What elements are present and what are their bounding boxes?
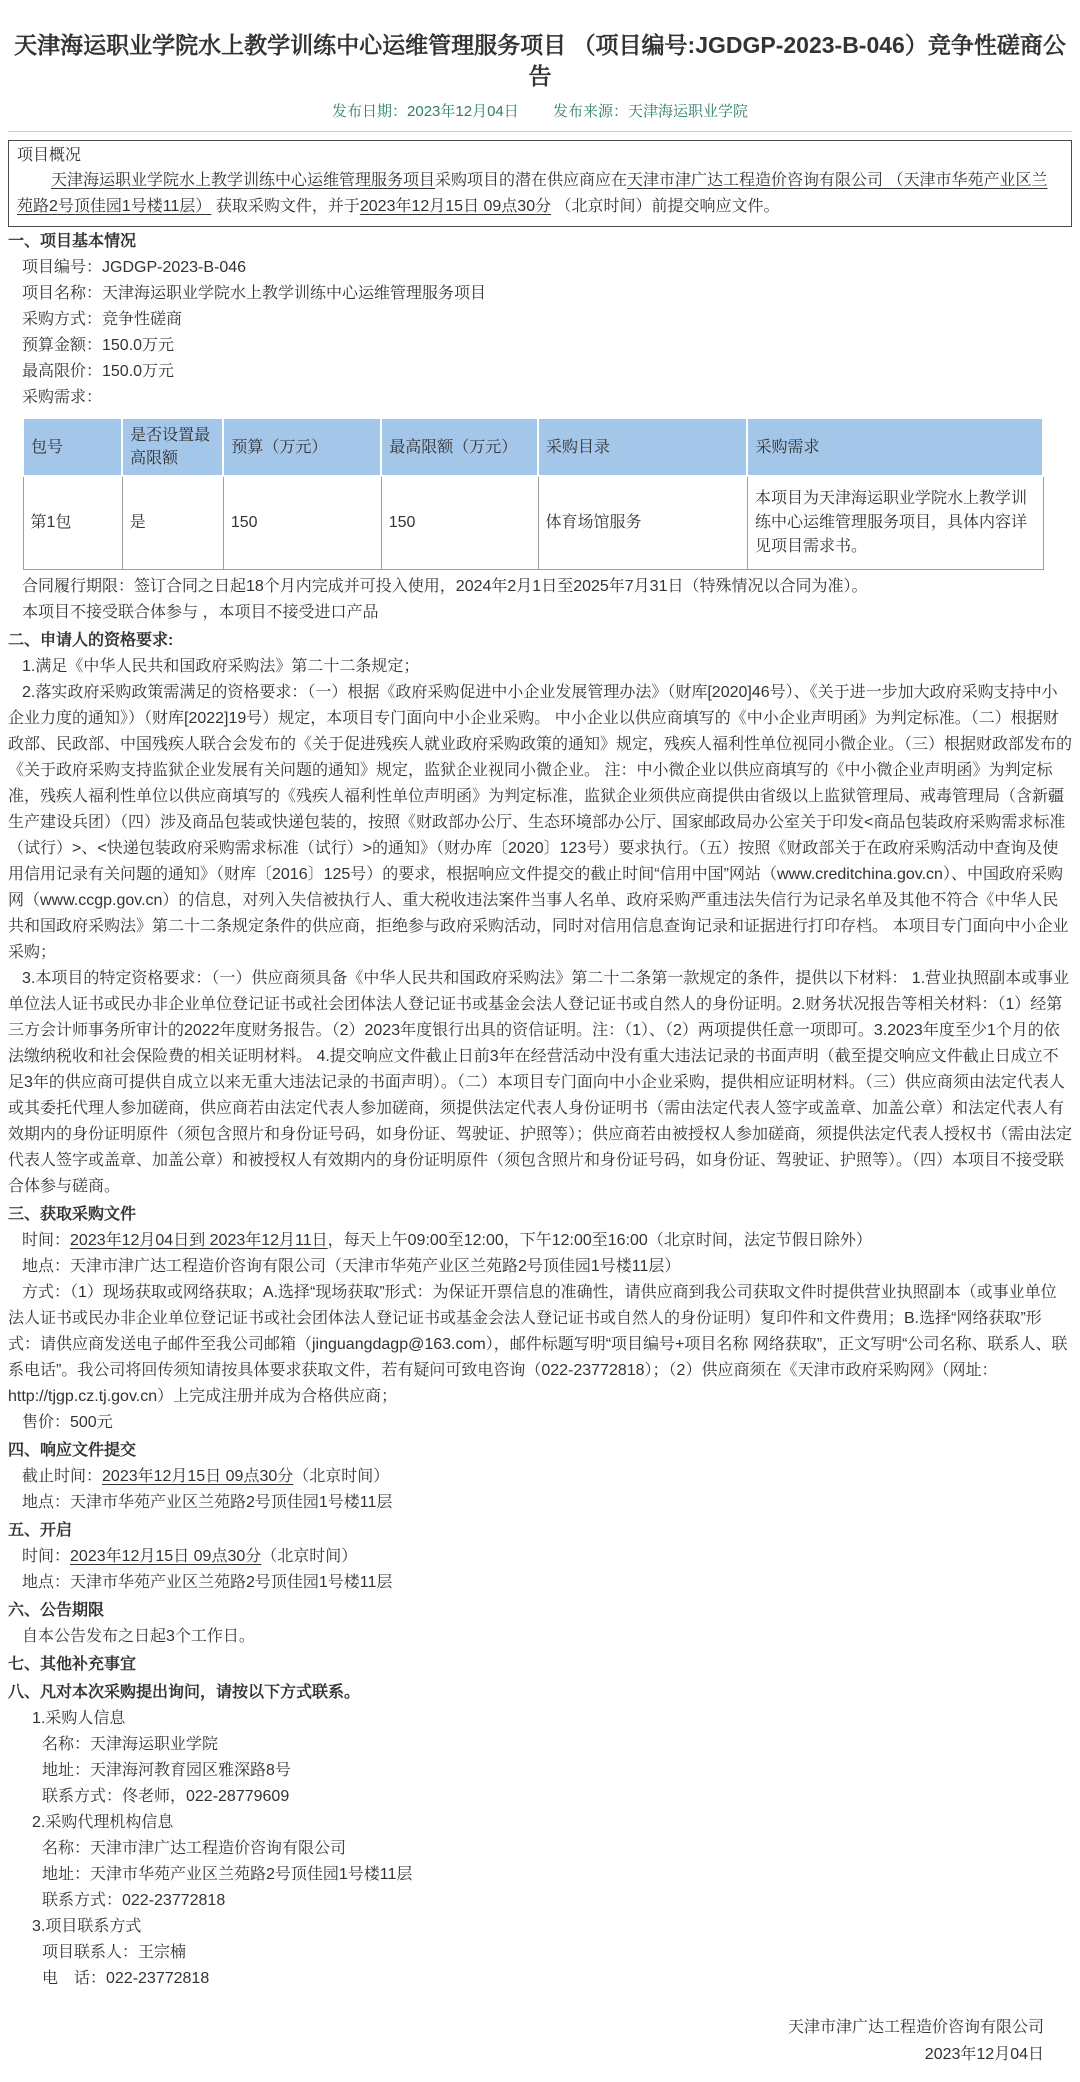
- contract-term: 合同履行期限：签订合同之日起18个月内完成并可投入使用，2024年2月1日至20…: [8, 574, 1072, 600]
- section-other-matters-heading: 七、其他补充事宜: [8, 1652, 1072, 1678]
- opening-time-rest: （北京时间）: [261, 1548, 357, 1565]
- document-price: 售价：500元: [8, 1410, 1072, 1436]
- overview-text-2: 获取采购文件，并于: [211, 198, 359, 215]
- section-other-matters: 七、其他补充事宜: [8, 1652, 1072, 1678]
- project-contact-title: 3.项目联系方式: [8, 1914, 1072, 1940]
- overview-project-name: 天津海运职业学院水上教学训练中心运维管理服务项目: [51, 172, 435, 189]
- signature-block: 天津市津广达工程造价咨询有限公司 2023年12月04日: [8, 2014, 1072, 2068]
- project-overview-box: 项目概况 天津海运职业学院水上教学训练中心运维管理服务项目采购项目的潜在供应商应…: [8, 140, 1072, 227]
- buyer-contact: 联系方式：佟老师，022-28779609: [8, 1784, 1072, 1810]
- cell-package: 第1包: [23, 476, 122, 570]
- qualification-item-2: 2.落实政府采购政策需满足的资格要求：（一）根据《政府采购促进中小企业发展管理办…: [8, 680, 1072, 966]
- demand-label: 采购需求：: [8, 385, 1072, 411]
- section-contacts-heading: 八、凡对本次采购提出询问，请按以下方式联系。: [8, 1680, 1072, 1706]
- no-consortium-note: 本项目不接受联合体参与 ，本项目不接受进口产品: [8, 600, 1072, 626]
- obtain-time-label: 时间：: [22, 1232, 70, 1249]
- project-contact-phone: 电 话：022-23772818: [8, 1966, 1072, 1992]
- col-header-budget: 预算（万元）: [223, 418, 381, 476]
- project-number: 项目编号：JGDGP-2023-B-046: [8, 255, 1072, 281]
- obtain-address: 地点：天津市津广达工程造价咨询有限公司（天津市华苑产业区兰苑路2号顶佳园1号楼1…: [8, 1254, 1072, 1280]
- cell-catalog: 体育场馆服务: [538, 476, 747, 570]
- opening-address: 地点：天津市华苑产业区兰苑路2号顶佳园1号楼11层: [8, 1570, 1072, 1596]
- buyer-info-title: 1.采购人信息: [8, 1706, 1072, 1732]
- overview-text-3: （北京时间）前提交响应文件。: [551, 198, 779, 215]
- demand-table-header: 包号 是否设置最高限额 预算（万元） 最高限额（万元） 采购目录 采购需求: [23, 418, 1043, 476]
- submission-deadline-value: 2023年12月15日 09点30分: [102, 1468, 293, 1485]
- signature-date: 2023年12月04日: [8, 2041, 1044, 2068]
- project-contact-person: 项目联系人：王宗楠: [8, 1940, 1072, 1966]
- submission-deadline-label: 截止时间：: [22, 1468, 102, 1485]
- obtain-time: 时间：2023年12月04日到 2023年12月11日，每天上午09:00至12…: [8, 1228, 1072, 1254]
- overview-box-title: 项目概况: [17, 143, 1063, 168]
- col-header-cap-set: 是否设置最高限额: [122, 418, 223, 476]
- cell-budget: 150: [223, 476, 381, 570]
- agent-info-title: 2.采购代理机构信息: [8, 1810, 1072, 1836]
- section-obtain-documents: 三、获取采购文件 时间：2023年12月04日到 2023年12月11日，每天上…: [8, 1202, 1072, 1436]
- publish-source: 发布来源：天津海运职业学院: [553, 100, 748, 121]
- section-basic-info: 一、项目基本情况 项目编号：JGDGP-2023-B-046 项目名称：天津海运…: [8, 229, 1072, 626]
- section-opening: 五、开启 时间：2023年12月15日 09点30分（北京时间） 地点：天津市华…: [8, 1518, 1072, 1596]
- obtain-time-rest: ，每天上午09:00至12:00，下午12:00至16:00（北京时间，法定节假…: [328, 1232, 872, 1249]
- agent-name: 名称：天津市津广达工程造价咨询有限公司: [8, 1836, 1072, 1862]
- section-obtain-documents-heading: 三、获取采购文件: [8, 1202, 1072, 1228]
- section-response-submission: 四、响应文件提交 截止时间：2023年12月15日 09点30分（北京时间） 地…: [8, 1438, 1072, 1516]
- qualification-item-1: 1.满足《中华人民共和国政府采购法》第二十二条规定；: [8, 654, 1072, 680]
- section-response-submission-heading: 四、响应文件提交: [8, 1438, 1072, 1464]
- cell-cap-set: 是: [122, 476, 223, 570]
- col-header-cap: 最高限额（万元）: [381, 418, 538, 476]
- agent-address: 地址：天津市华苑产业区兰苑路2号顶佳园1号楼11层: [8, 1862, 1072, 1888]
- table-row: 第1包 是 150 150 体育场馆服务 本项目为天津海运职业学院水上教学训练中…: [23, 476, 1043, 570]
- purchase-method: 采购方式：竞争性磋商: [8, 307, 1072, 333]
- section-contacts: 八、凡对本次采购提出询问，请按以下方式联系。 1.采购人信息 名称：天津海运职业…: [8, 1680, 1072, 1992]
- overview-deadline: 2023年12月15日 09点30分: [360, 198, 551, 215]
- signature-company: 天津市津广达工程造价咨询有限公司: [8, 2014, 1044, 2041]
- header-divider: [8, 131, 1072, 132]
- section-basic-info-heading: 一、项目基本情况: [8, 229, 1072, 255]
- col-header-package: 包号: [23, 418, 122, 476]
- project-name: 项目名称：天津海运职业学院水上教学训练中心运维管理服务项目: [8, 281, 1072, 307]
- demand-table: 包号 是否设置最高限额 预算（万元） 最高限额（万元） 采购目录 采购需求 第1…: [22, 417, 1044, 570]
- col-header-demand: 采购需求: [747, 418, 1043, 476]
- section-announcement-period: 六、公告期限 自本公告发布之日起3个工作日。: [8, 1598, 1072, 1650]
- col-header-catalog: 采购目录: [538, 418, 747, 476]
- announcement-period-body: 自本公告发布之日起3个工作日。: [8, 1624, 1072, 1650]
- section-opening-heading: 五、开启: [8, 1518, 1072, 1544]
- opening-time: 时间：2023年12月15日 09点30分（北京时间）: [8, 1544, 1072, 1570]
- obtain-time-value: 2023年12月04日到 2023年12月11日: [70, 1232, 328, 1249]
- buyer-name: 名称：天津海运职业学院: [8, 1732, 1072, 1758]
- announcement-page: 天津海运职业学院水上教学训练中心运维管理服务项目 （项目编号:JGDGP-202…: [0, 0, 1080, 2082]
- cell-cap: 150: [381, 476, 538, 570]
- max-price: 最高限价：150.0万元: [8, 359, 1072, 385]
- agent-contact: 联系方式：022-23772818: [8, 1888, 1072, 1914]
- qualification-item-3: 3.本项目的特定资格要求：（一）供应商须具备《中华人民共和国政府采购法》第二十二…: [8, 966, 1072, 1200]
- table-header-row: 包号 是否设置最高限额 预算（万元） 最高限额（万元） 采购目录 采购需求: [23, 418, 1043, 476]
- buyer-address: 地址：天津海河教育园区雅深路8号: [8, 1758, 1072, 1784]
- opening-time-label: 时间：: [22, 1548, 70, 1565]
- page-title: 天津海运职业学院水上教学训练中心运维管理服务项目 （项目编号:JGDGP-202…: [14, 30, 1066, 92]
- cell-demand: 本项目为天津海运职业学院水上教学训练中心运维管理服务项目，具体内容详见项目需求书…: [747, 476, 1043, 570]
- submission-deadline-rest: （北京时间）: [293, 1468, 389, 1485]
- opening-time-value: 2023年12月15日 09点30分: [70, 1548, 261, 1565]
- submission-deadline: 截止时间：2023年12月15日 09点30分（北京时间）: [8, 1464, 1072, 1490]
- section-qualification-heading: 二、申请人的资格要求:: [8, 628, 1072, 654]
- publish-info: 发布日期：2023年12月04日 发布来源：天津海运职业学院: [8, 100, 1072, 121]
- obtain-method: 方式：（1）现场获取或网络获取；A.选择“现场获取”形式：为保证开票信息的准确性…: [8, 1280, 1072, 1410]
- overview-paragraph: 天津海运职业学院水上教学训练中心运维管理服务项目采购项目的潜在供应商应在天津市津…: [17, 168, 1063, 220]
- section-announcement-period-heading: 六、公告期限: [8, 1598, 1072, 1624]
- section-qualification: 二、申请人的资格要求: 1.满足《中华人民共和国政府采购法》第二十二条规定； 2…: [8, 628, 1072, 1200]
- overview-text-1: 采购项目的潜在供应商应在: [435, 172, 627, 189]
- publish-date: 发布日期：2023年12月04日: [332, 100, 519, 121]
- submission-address: 地点：天津市华苑产业区兰苑路2号顶佳园1号楼11层: [8, 1490, 1072, 1516]
- budget-amount: 预算金额：150.0万元: [8, 333, 1072, 359]
